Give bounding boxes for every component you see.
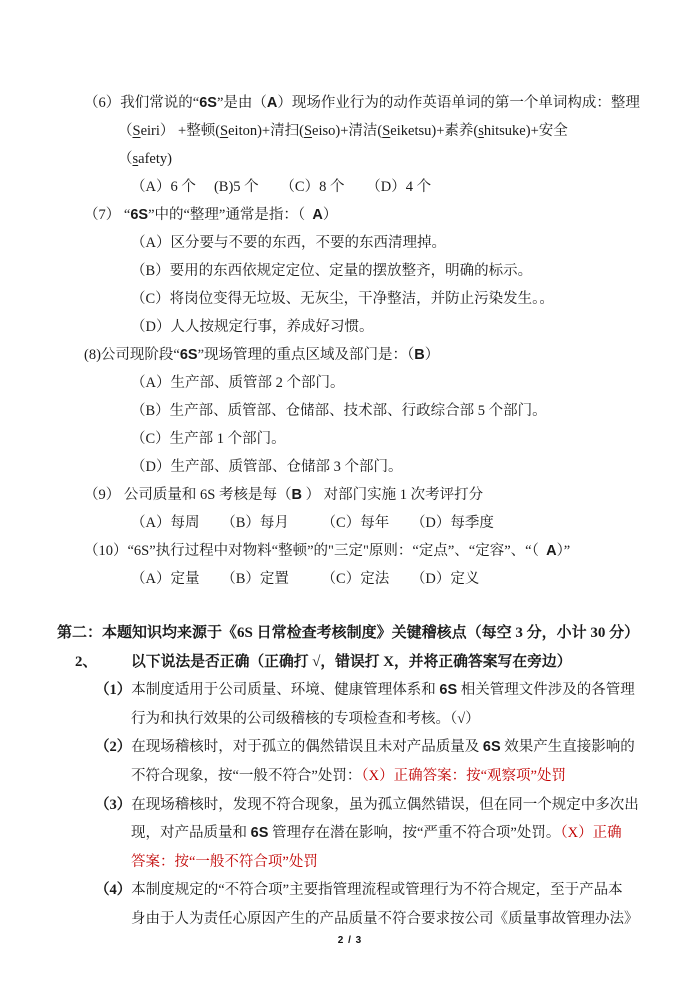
question-8-text: 公司现阶段“6S”现场管理的重点区域及部门是：（B）: [101, 347, 439, 363]
document-page: （6）我们常说的“6S”是由（A）现场作业行为的动作英语单词的第一个单词构成：整…: [0, 0, 700, 934]
question-6-options: （A）6 个 (B)5 个 （C）8 个 （D）4 个: [0, 173, 700, 201]
section-2-instruction-text: 以下说法是否正确（正确打 √，错误打 X，并将正确答案写在旁边）: [131, 654, 572, 670]
statement-2-number: （2）: [95, 733, 131, 762]
statement-3-number: （3）: [95, 791, 131, 820]
question-10-number: （10）: [84, 543, 128, 559]
question-10-stem: （10）“6S”执行过程中对物料“整顿”的"三定"原则：“定点”、“定容”、“（…: [0, 537, 700, 565]
question-8-option-a: （A）生产部、质管部 2 个部门。: [0, 369, 700, 397]
question-8-option-c: （C）生产部 1 个部门。: [0, 425, 700, 453]
question-10-text: “6S”执行过程中对物料“整顿”的"三定"原则：“定点”、“定容”、“（ A）”: [128, 543, 571, 559]
section-2-instruction: 2、以下说法是否正确（正确打 √，错误打 X，并将正确答案写在旁边）: [0, 648, 700, 677]
question-9-number: （9）: [84, 487, 120, 503]
statement-4-line-1: （4）本制度规定的“不符合项”主要指管理流程或管理行为不符合规定，至于产品本: [0, 876, 700, 905]
statement-4-number: （4）: [95, 876, 131, 905]
question-9-options: （A）每周 （B）每月 （C）每年 （D）每季度: [0, 509, 700, 537]
question-10-options: （A）定量 （B）定置 （C）定法 （D）定义: [0, 565, 700, 593]
question-8-number: (8): [84, 347, 101, 363]
question-7-option-d: （D）人人按规定行事，养成好习惯。: [0, 313, 700, 341]
question-9-stem: （9） 公司质量和 6S 考核是每（B ） 对部门实施 1 次考评打分: [0, 481, 700, 509]
statement-3-line-3: 答案：按“一般不符合项”处罚: [0, 848, 700, 877]
statement-3-line-2: 现，对产品质量和 6S 管理存在潜在影响，按“严重不符合项”处罚。（X）正确: [0, 819, 700, 848]
question-8-option-d: （D）生产部、质管部、仓储部 3 个部门。: [0, 453, 700, 481]
question-7-option-a: （A）区分要与不要的东西，不要的东西清理掉。: [0, 229, 700, 257]
statement-3-line-1: （3）在现场稽核时，发现不符合现象，虽为孤立偶然错误，但在同一个规定中多次出: [0, 791, 700, 820]
question-7-option-b: （B）要用的东西依规定定位、定量的摆放整齐，明确的标示。: [0, 257, 700, 285]
question-6-number: （6）: [84, 95, 120, 111]
question-8-stem: (8)公司现阶段“6S”现场管理的重点区域及部门是：（B）: [0, 341, 700, 369]
question-6-line-3: （safety): [0, 145, 700, 173]
question-7-stem: （7） “6S”中的“整理”通常是指：（ A）: [0, 201, 700, 229]
question-6-stem: （6）我们常说的“6S”是由（A）现场作业行为的动作英语单词的第一个单词构成：整…: [0, 89, 700, 117]
question-7-option-c: （C）将岗位变得无垃圾、无灰尘，干净整洁，并防止污染发生。。: [0, 285, 700, 313]
statement-1-number: （1）: [95, 676, 131, 705]
statement-2-line-2: 不符合现象，按“一般不符合”处罚：（X）正确答案：按“观察项”处罚: [0, 762, 700, 791]
page-number: 2 / 3: [0, 935, 700, 946]
statement-1-line-2: 行为和执行效果的公司级稽核的专项检查和考核。（√）: [0, 705, 700, 734]
section-2-heading: 第二：本题知识均来源于《6S 日常检查考核制度》关键稽核点（每空 3 分，小计 …: [0, 619, 700, 648]
question-6-text: 我们常说的“6S”是由（A）现场作业行为的动作英语单词的第一个单词构成：整理: [120, 95, 640, 111]
section-2: 第二：本题知识均来源于《6S 日常检查考核制度》关键稽核点（每空 3 分，小计 …: [0, 619, 700, 934]
question-7-number: （7）: [84, 207, 120, 223]
question-6-line-2: （Seiri） +整顿(Seiton)+清扫(Seiso)+清洁(Seikets…: [0, 117, 700, 145]
statement-4-line-2: 身由于人为责任心原因产生的产品质量不符合要求按公司《质量事故管理办法》: [0, 905, 700, 934]
question-9-text: 公司质量和 6S 考核是每（B ） 对部门实施 1 次考评打分: [120, 487, 483, 503]
question-8-option-b: （B）生产部、质管部、仓储部、技术部、行政综合部 5 个部门。: [0, 397, 700, 425]
statement-2-line-1: （2）在现场稽核时，对于孤立的偶然错误且未对产品质量及 6S 效果产生直接影响的: [0, 733, 700, 762]
question-7-text: “6S”中的“整理”通常是指：（ A）: [120, 207, 337, 223]
statement-1-line-1: （1）本制度适用于公司质量、环境、健康管理体系和 6S 相关管理文件涉及的各管理: [0, 676, 700, 705]
section-2-question-number: 2、: [75, 648, 131, 677]
